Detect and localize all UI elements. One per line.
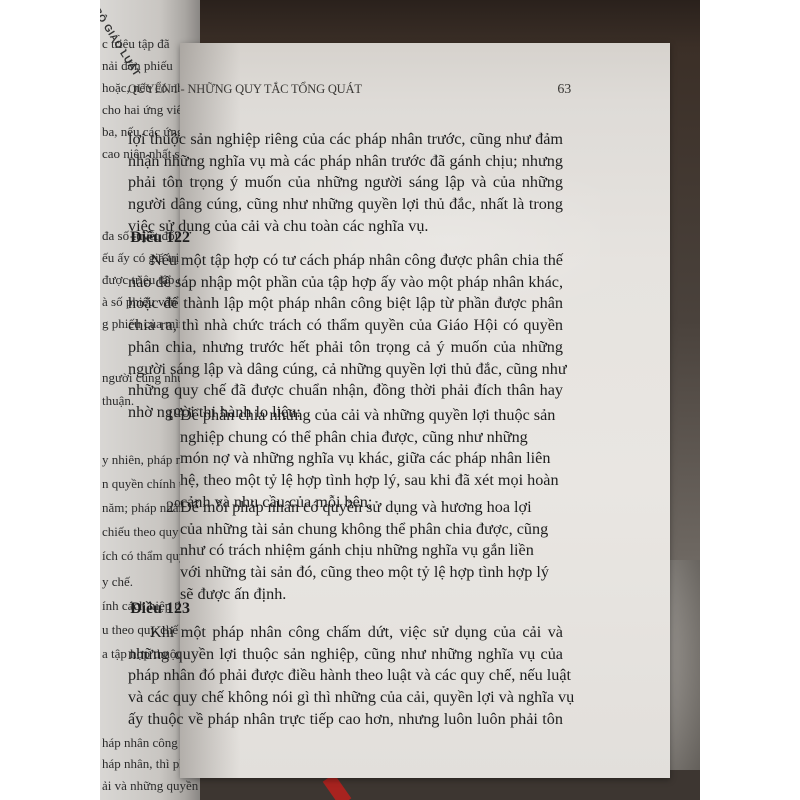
text-line: hệ, theo một tỷ lệ hợp tình hợp lý, sau … [180, 470, 562, 492]
text-line: Để mỗi pháp nhân có quyền sử dụng và hươ… [180, 497, 562, 519]
text-line: việc sử dụng của cải và chu toàn các ngh… [128, 216, 563, 238]
text-line: Khi một pháp nhân công chấm dứt, việc sử… [128, 622, 563, 644]
text-line: nhận những nghĩa vụ mà các pháp nhân trư… [128, 151, 563, 173]
item-number: 1⁰ [166, 405, 181, 427]
article-heading-122: Điều 122 [130, 229, 190, 247]
text-line: như có trách nhiệm gánh chịu những nghĩa… [180, 540, 562, 562]
text-line: Để phân chia những của cải và những quyề… [180, 405, 562, 427]
text-line: người dâng cúng, cũng như những quyền lợ… [128, 194, 563, 216]
text-line: nào để sáp nhập một phần của tập hợp ấy … [128, 272, 563, 294]
page-number: 63 [557, 82, 571, 98]
text-line: chia ra, thì nhà chức trách có thẩm quyề… [128, 315, 563, 337]
text-line: pháp nhân đó phải được điều hành theo lu… [128, 665, 563, 687]
left-page-line: háp nhân công [102, 735, 178, 751]
chapter-title: QUYỂN I - NHỮNG QUY TẮC TỔNG QUÁT [128, 82, 362, 97]
text-line: hoặc để thành lập một pháp nhân công biệ… [128, 293, 563, 315]
text-line: phân chia, nhưng trước hết phải tôn trọn… [128, 337, 563, 359]
text-line: Nếu một tập hợp có tư cách pháp nhân côn… [128, 250, 563, 272]
intro-paragraph: lợi thuộc sản nghiệp riêng của các pháp … [128, 129, 563, 238]
left-page-line: c triệu tập đã [102, 36, 170, 52]
text-line: phải tôn trọng ý muốn của những người sá… [128, 172, 563, 194]
article-123-paragraph: Khi một pháp nhân công chấm dứt, việc sử… [128, 622, 563, 731]
text-line: và các quy chế không nói gì thì những củ… [128, 687, 563, 709]
left-page-line: nải đôn phiếu [102, 58, 173, 74]
text-line: sẽ được ấn định. [180, 584, 562, 606]
text-line: người sáng lập và dâng cúng, cả những qu… [128, 359, 563, 381]
text-line: những quy chế đã được chuẩn nhận, đồng t… [128, 380, 563, 402]
text-line: món nợ và những nghĩa vụ khác, giữa các … [180, 448, 562, 470]
text-line: những quyền lợi thuộc sản nghiệp, cũng n… [128, 644, 563, 666]
article-122-item-2: 2⁰ Để mỗi pháp nhân có quyền sử dụng và … [180, 497, 562, 606]
article-122-paragraph: Nếu một tập hợp có tư cách pháp nhân côn… [128, 250, 563, 424]
text-line: ấy thuộc về pháp nhân trực tiếp cao hơn,… [128, 709, 563, 731]
left-page-line: ải và những quyền [102, 778, 198, 794]
text-line: nghiệp chung có thể phân chia được, cũng… [180, 427, 562, 449]
text-line: của những tài sản chung không thể phân c… [180, 519, 562, 541]
article-heading-123: Điều 123 [130, 600, 190, 618]
text-line: lợi thuộc sản nghiệp riêng của các pháp … [128, 129, 563, 151]
text-line: với những tài sản đó, cũng theo một tỷ l… [180, 562, 562, 584]
left-page-line: y chế. [102, 574, 133, 590]
item-number: 2⁰ [166, 497, 181, 519]
left-page-line: cho hai ứng viên [102, 102, 189, 118]
